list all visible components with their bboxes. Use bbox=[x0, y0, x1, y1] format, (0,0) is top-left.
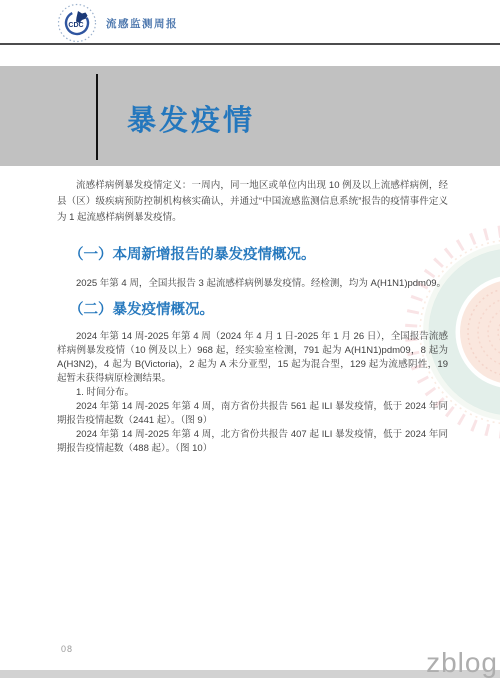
china-cdc-logo-icon: CDC bbox=[57, 3, 97, 43]
document-page: CDC 流感监测周报 暴发疫情 流感样病例暴发疫情定义：一周内，同一地区或单位内… bbox=[0, 0, 500, 678]
chapter-banner: 暴发疫情 bbox=[0, 66, 500, 166]
svg-text:CDC: CDC bbox=[68, 22, 83, 29]
page-header: CDC 流感监测周报 bbox=[0, 0, 500, 42]
report-brand-title: 流感监测周报 bbox=[106, 16, 178, 31]
section2-paragraph-1: 2024 年第 14 周-2025 年第 4 周（2024 年 4 月 1 日-… bbox=[57, 330, 448, 386]
header-divider-line bbox=[0, 43, 500, 45]
bottom-edge-strip bbox=[0, 670, 500, 678]
section2-paragraph-2: 2024 年第 14 周-2025 年第 4 周，南方省份共报告 561 起 I… bbox=[57, 400, 448, 428]
section2-paragraph-3: 2024 年第 14 周-2025 年第 4 周，北方省份共报告 407 起 I… bbox=[57, 428, 448, 456]
banner-accent-bar bbox=[96, 74, 98, 160]
document-body: 流感样病例暴发疫情定义：一周内，同一地区或单位内出现 10 例及以上流感样病例，… bbox=[57, 178, 448, 456]
page-number: 08 bbox=[61, 644, 73, 654]
zblog-watermark: zblog bbox=[426, 648, 498, 678]
chapter-title: 暴发疫情 bbox=[127, 98, 255, 139]
section2-subitem: 1. 时间分布。 bbox=[57, 386, 448, 400]
section1-paragraph: 2025 年第 4 周，全国共报告 3 起流感样病例暴发疫情。经检测，均为 A(… bbox=[57, 277, 448, 291]
definition-paragraph: 流感样病例暴发疫情定义：一周内，同一地区或单位内出现 10 例及以上流感样病例，… bbox=[57, 178, 448, 226]
section1-heading: （一）本周新增报告的暴发疫情概况。 bbox=[69, 246, 448, 265]
section2-heading: （二）暴发疫情概况。 bbox=[69, 301, 448, 320]
